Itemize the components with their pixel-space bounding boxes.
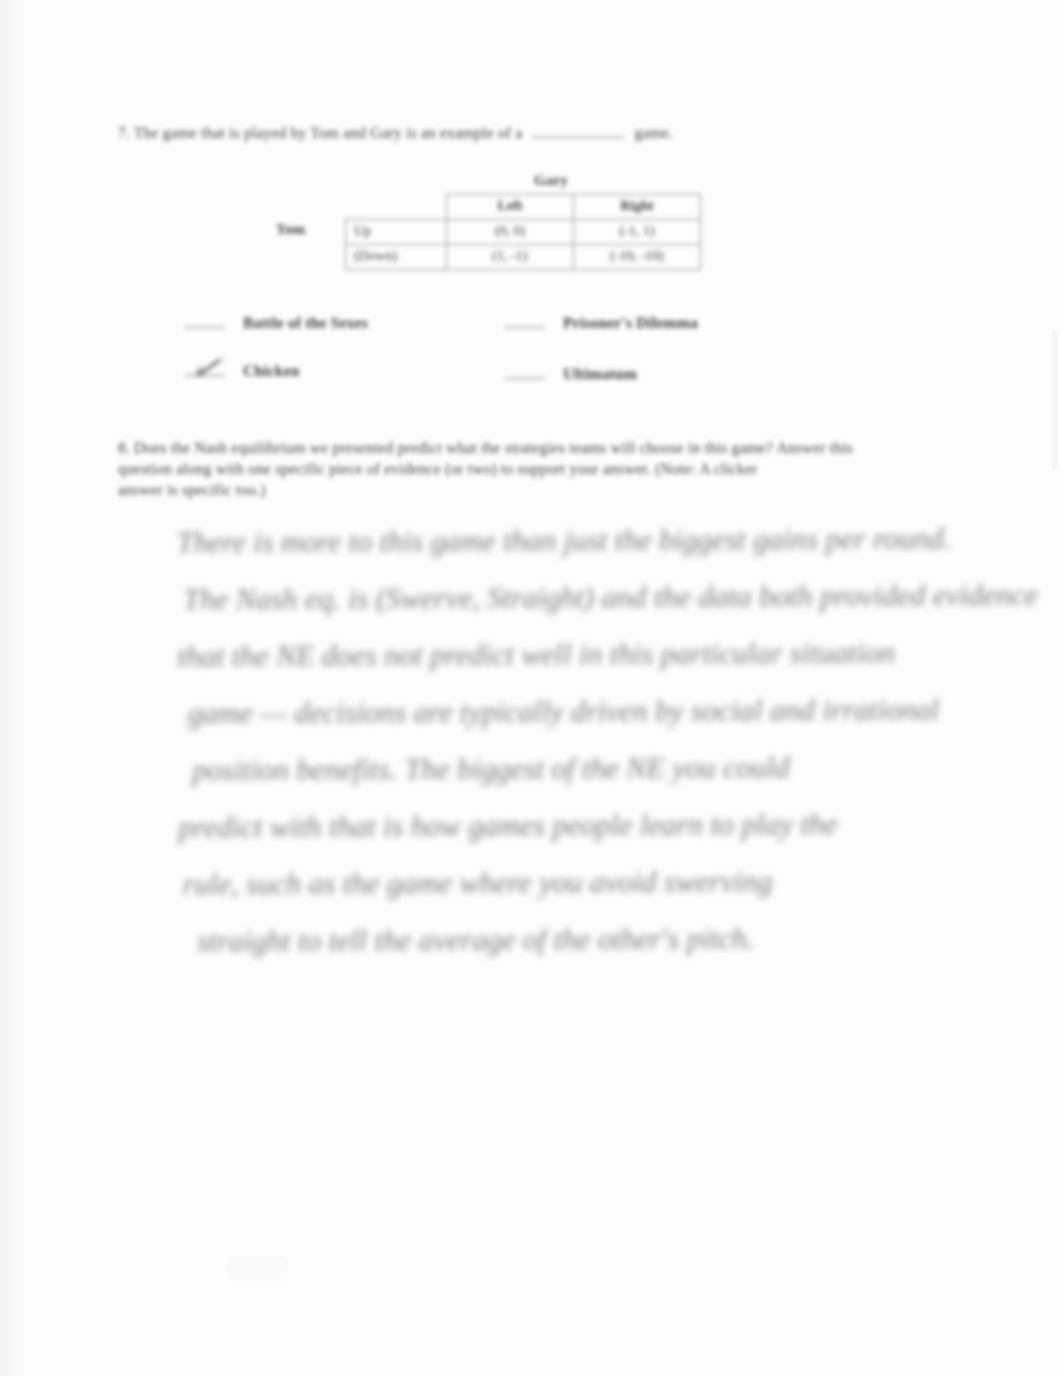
row-player-label: Tom [276,222,305,239]
scan-edge-shadow-right [1052,330,1058,470]
payoff-cell-down-left: (1, -1) [447,245,574,270]
scanned-worksheet-page: 7. The game that is played by Tom and Ga… [0,0,1062,1376]
question-8: 8. Does the Nash equilibrium we presente… [118,438,948,501]
question-7: 7. The game that is played by Tom and Ga… [118,124,858,143]
handwriting-line: The Nash eq. is (Swerve, Straight) and t… [177,567,1007,628]
matrix-row-up: Up (0, 0) (-1, 1) [346,220,701,245]
row-header-down: (Down) [346,245,447,270]
handwriting-line: predict with that is how games people le… [178,795,1008,856]
handwriting-line: rule, such as the game where you avoid s… [179,852,1009,913]
scan-smudge [226,1256,288,1282]
option-blank-line [185,314,225,328]
handwriting-line: that the NE does not predict well in thi… [177,624,1007,685]
option-label: Battle of the Sexes [243,315,368,332]
option-blank-line [505,314,545,328]
matrix-header-row: Left Right [346,195,701,220]
handwriting-line: game — decisions are typically driven by… [178,681,1008,742]
payoff-matrix-table: Left Right Up (0, 0) (-1, 1) (Down) (1, … [345,194,701,270]
question-7-text-after: game. [635,125,673,142]
payoff-cell-down-right: (-10, -10) [574,245,701,270]
option-ultimatum: Ultimatum [505,365,637,384]
handwriting-line: There is more to this game than just the… [177,510,1007,571]
question-8-line-3: answer is specific too.) [118,480,948,501]
handwriting-line: straight to tell the average of the othe… [179,909,1009,970]
option-battle-of-the-sexes: Battle of the Sexes [185,314,368,333]
payoff-cell-up-right: (-1, 1) [574,220,701,245]
handwritten-answer: There is more to this game than just the… [177,510,1009,970]
question-7-number: 7. [118,125,130,142]
row-header-up: Up [346,220,447,245]
handwriting-line: position benefits. The biggest of the NE… [178,738,1008,799]
answer-blank-line [532,124,624,138]
scan-edge-shadow-left [0,0,30,1376]
question-8-line-1: 8. Does the Nash equilibrium we presente… [118,438,948,459]
matrix-row-down: (Down) (1, -1) (-10, -10) [346,245,701,270]
option-label: Ultimatum [563,366,637,383]
matrix-corner-cell [346,195,447,220]
option-blank-line [505,365,545,379]
option-prisoners-dilemma: Prisoner's Dilemma [505,314,698,333]
option-label: Chicken [243,363,300,380]
column-header-right: Right [574,195,701,220]
question-8-line-2: question along with one specific piece o… [118,459,948,480]
question-7-text: The game that is played by Tom and Gary … [134,125,523,142]
option-label: Prisoner's Dilemma [563,315,698,332]
payoff-cell-up-left: (0, 0) [447,220,574,245]
column-player-label: Gary [534,173,568,190]
column-header-left: Left [447,195,574,220]
